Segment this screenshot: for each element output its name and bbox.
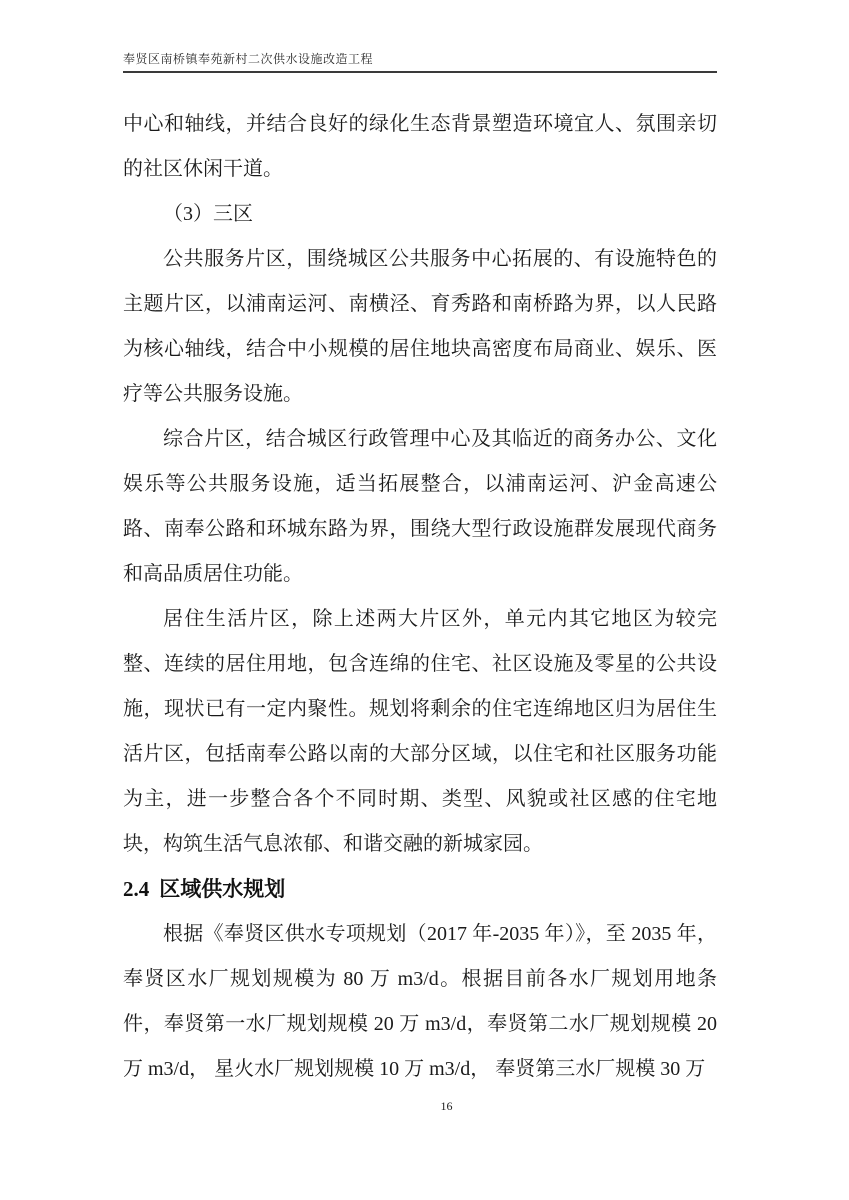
- section-title: 区域供水规划: [159, 877, 285, 901]
- page-footer: 16: [0, 1097, 849, 1115]
- page-header: 奉贤区南桥镇奉苑新村二次供水设施改造工程: [123, 50, 717, 73]
- document-body: 中心和轴线，并结合良好的绿化生态背景塑造环境宜人、氛围亲切的社区休闲干道。 （3…: [123, 102, 717, 1092]
- paragraph-three-districts-label: （3）三区: [123, 192, 717, 237]
- paragraph-comprehensive-district: 综合片区，结合城区行政管理中心及其临近的商务办公、文化娱乐等公共服务设施，适当拓…: [123, 417, 717, 597]
- page-number: 16: [397, 1099, 453, 1113]
- section-heading-2-4: 2.4区域供水规划: [123, 867, 717, 912]
- paragraph-regional-water-supply-planning: 根据《奉贤区供水专项规划（2017 年-2035 年）》，至 2035 年，奉贤…: [123, 912, 717, 1092]
- header-title: 奉贤区南桥镇奉苑新村二次供水设施改造工程: [123, 50, 717, 68]
- paragraph-residential-living-district: 居住生活片区，除上述两大片区外，单元内其它地区为较完整、连续的居住用地，包含连绵…: [123, 597, 717, 867]
- paragraph-continuation: 中心和轴线，并结合良好的绿化生态背景塑造环境宜人、氛围亲切的社区休闲干道。: [123, 102, 717, 192]
- section-number: 2.4: [123, 877, 149, 901]
- paragraph-public-service-district: 公共服务片区，围绕城区公共服务中心拓展的、有设施特色的主题片区，以浦南运河、南横…: [123, 237, 717, 417]
- document-page: 奉贤区南桥镇奉苑新村二次供水设施改造工程 中心和轴线，并结合良好的绿化生态背景塑…: [0, 0, 849, 1200]
